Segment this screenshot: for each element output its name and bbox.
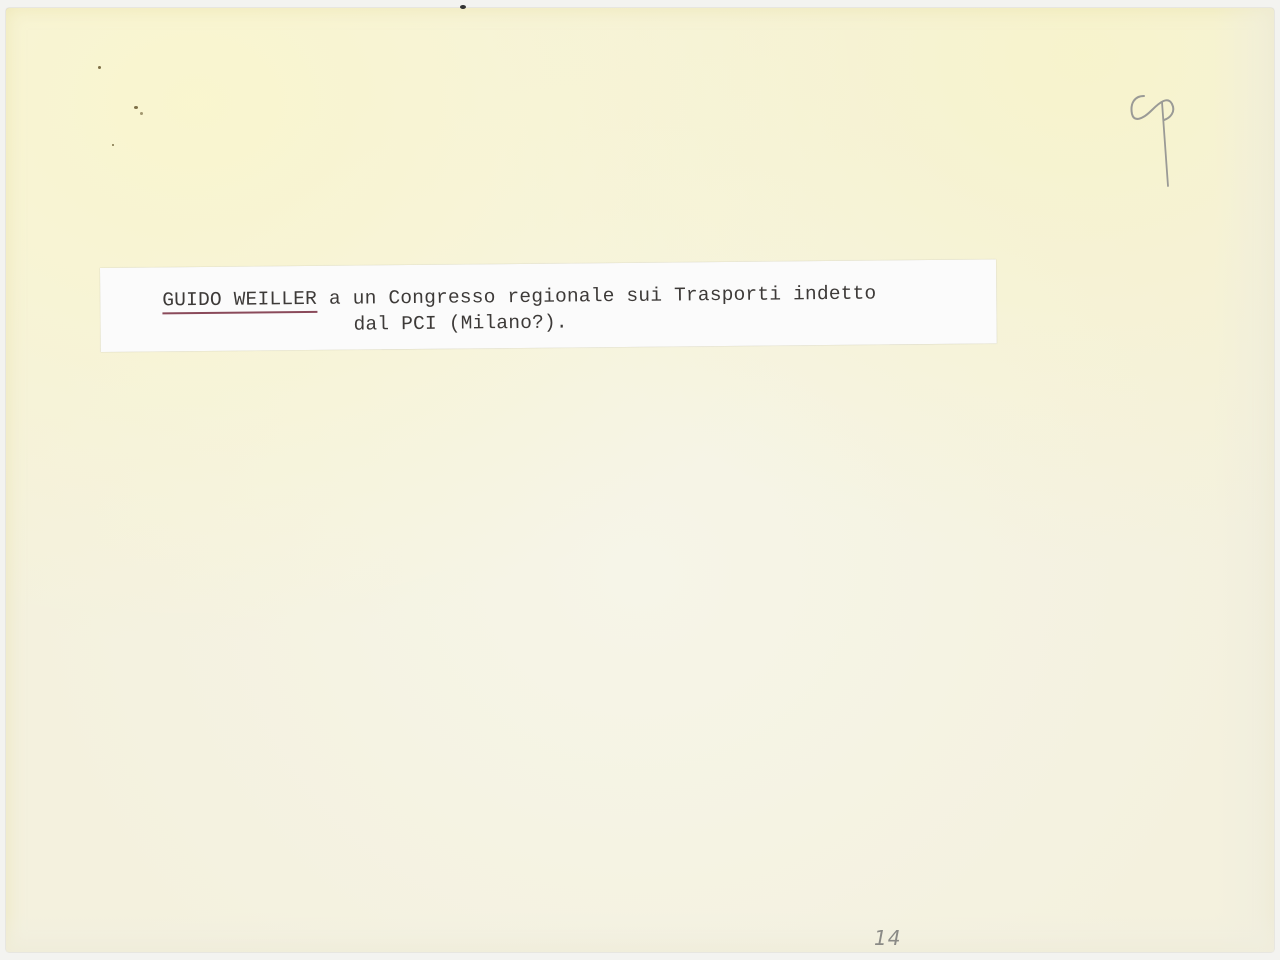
- pencil-annotation-cp: [1116, 90, 1186, 190]
- photo-back: CLIHW 8IAHS 8IHIMG 0 ONIA HOSUMA LOSWA T…: [6, 8, 1274, 952]
- dust-speck: [460, 5, 466, 9]
- dust-speck: [112, 144, 114, 146]
- dust-speck: [98, 66, 101, 69]
- bottom-shade: [6, 912, 1274, 952]
- dust-speck: [134, 106, 138, 109]
- subject-name: GUIDO WEILLER: [162, 288, 317, 314]
- caption-line-2: dal PCI (Milano?).: [353, 310, 567, 338]
- caption-label: GUIDO WEILLER a un Congresso regionale s…: [100, 259, 997, 352]
- caption-line-1: GUIDO WEILLER a un Congresso regionale s…: [162, 281, 876, 314]
- page-number: 14: [874, 926, 901, 950]
- edge-shade: [1214, 8, 1274, 952]
- dust-speck: [140, 112, 143, 115]
- caption-line-1-rest: a un Congresso regionale sui Trasporti i…: [317, 283, 877, 310]
